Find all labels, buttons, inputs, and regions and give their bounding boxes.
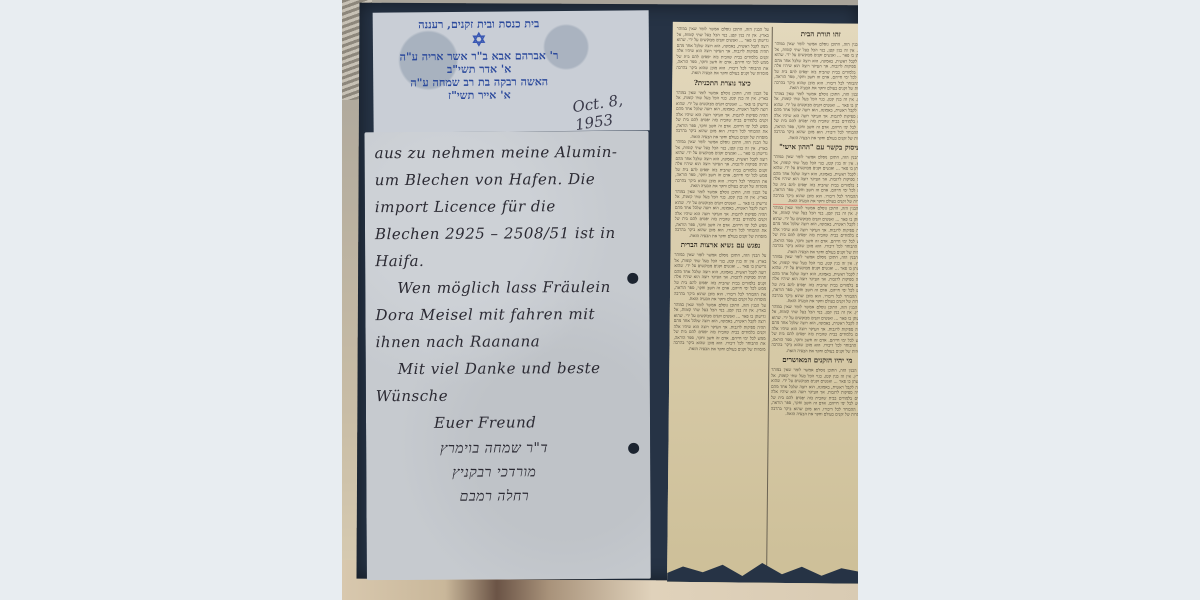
star-of-david-icon: ✡ xyxy=(379,31,579,51)
clipping-body: על הבנין הזה, התוכן נוסלם אמשר לומר שאין… xyxy=(676,89,769,139)
clipping-column-right: זהו תורת הבית על הבנין הזה, התוכן נוסלם … xyxy=(769,27,858,568)
clipping-headline: כיצד נוצרת התכנית? xyxy=(676,77,768,88)
letter-text: aus zu nehmen meine Alumin- um Blechen v… xyxy=(375,139,643,509)
clipping-headline: מי יהיו הזקנים המאושרים xyxy=(771,355,858,366)
clipping-headline: זהו תורת הבית xyxy=(775,29,858,40)
letter-line: import Licence für die xyxy=(375,193,641,221)
clipping-body: על הבנין הזה, התוכן נוסלם אמשר לומר שאין… xyxy=(774,90,858,140)
stamp-line: ר' אברהם אבא ב"ר אשר אריה ע"ה xyxy=(379,49,579,64)
stamp-card: בית כנסת ובית זקנים, רעננה ✡ ר' אברהם אב… xyxy=(373,10,650,132)
scrapbook-page: בית כנסת ובית זקנים, רעננה ✡ ר' אברהם אב… xyxy=(356,3,858,582)
newspaper-clipping: זהו תורת הבית על הבנין הזה, התוכן נוסלם … xyxy=(667,22,858,584)
letter-line: Dora Meisel mit fahren mit xyxy=(375,301,641,329)
clipping-body: על הבנין הזה, התוכן נוסלם אמשר לומר שאין… xyxy=(771,303,858,353)
letter-line: Haifa. xyxy=(375,247,641,275)
letter-line: aus zu nehmen meine Alumin- xyxy=(375,139,641,167)
letter-closing: Euer Freund xyxy=(376,409,642,437)
signature: ד"ר שמחה בוימרץ xyxy=(376,436,642,461)
signature: מורדכי רבקניץ xyxy=(376,460,642,485)
signature: רחלה רמבם xyxy=(376,484,642,509)
clipping-body: על הבנין הזה, התוכן נוסלם אמשר לומר שאין… xyxy=(676,26,769,76)
clipping-headline: נפגש עם נשיא ארצות הברית xyxy=(674,240,766,251)
punch-hole xyxy=(628,443,639,454)
clipping-body: על הבנין הזה, התוכן נוסלם אמשר לומר שאין… xyxy=(675,188,768,238)
clipping-body: על הבנין הזה, התוכן נוסלם אמשר לומר שאין… xyxy=(673,301,766,351)
letter-line: um Blechen von Hafen. Die xyxy=(375,166,641,194)
clipping-body-underlined: על הבנין הזה, התוכן נוסלם אמשר לומר שאין… xyxy=(773,154,858,205)
synagogue-stamp: בית כנסת ובית זקנים, רעננה ✡ ר' אברהם אב… xyxy=(379,17,580,103)
clipping-body: על הבנין הזה, התוכן נוסלם אמשר לומר שאין… xyxy=(674,252,767,302)
letter-line: Blechen 2925 – 2508/51 ist in xyxy=(375,220,641,248)
letter-line: Wen möglich lass Fräulein xyxy=(375,274,641,302)
clipping-body: על הבנין הזה, התוכן נוסלם אמשר לומר שאין… xyxy=(772,204,858,254)
handwritten-letter: aus zu nehmen meine Alumin- um Blechen v… xyxy=(364,131,650,580)
clipping-body: על הבנין הזה, התוכן נוסלם אמשר לומר שאין… xyxy=(774,41,858,91)
stamp-line: א' אייר תשי"ז xyxy=(379,88,579,103)
clipping-column-left: על הבנין הזה, התוכן נוסלם אמשר לומר שאין… xyxy=(671,26,769,567)
letter-line: Mit viel Danke und beste xyxy=(376,355,642,383)
clipping-body: על הבנין הזה, התוכן נוסלם אמשר לומר שאין… xyxy=(772,254,858,304)
clipping-body: על הבנין הזה, התוכן נוסלם אמשר לומר שאין… xyxy=(771,367,858,417)
handwritten-date: Oct. 8, 1953 xyxy=(571,87,651,134)
punch-hole xyxy=(627,273,638,284)
clipping-body: על הבנין הזה, התוכן נוסלם אמשר לומר שאין… xyxy=(675,139,768,189)
scrapbook-photo: בית כנסת ובית זקנים, רעננה ✡ ר' אברהם אב… xyxy=(342,0,858,600)
letter-line: ihnen nach Raanana xyxy=(376,328,642,356)
clipping-headline: עיסוק בקשר עם "ההון אישי" xyxy=(774,142,858,153)
letter-line: Wünsche xyxy=(376,382,642,410)
